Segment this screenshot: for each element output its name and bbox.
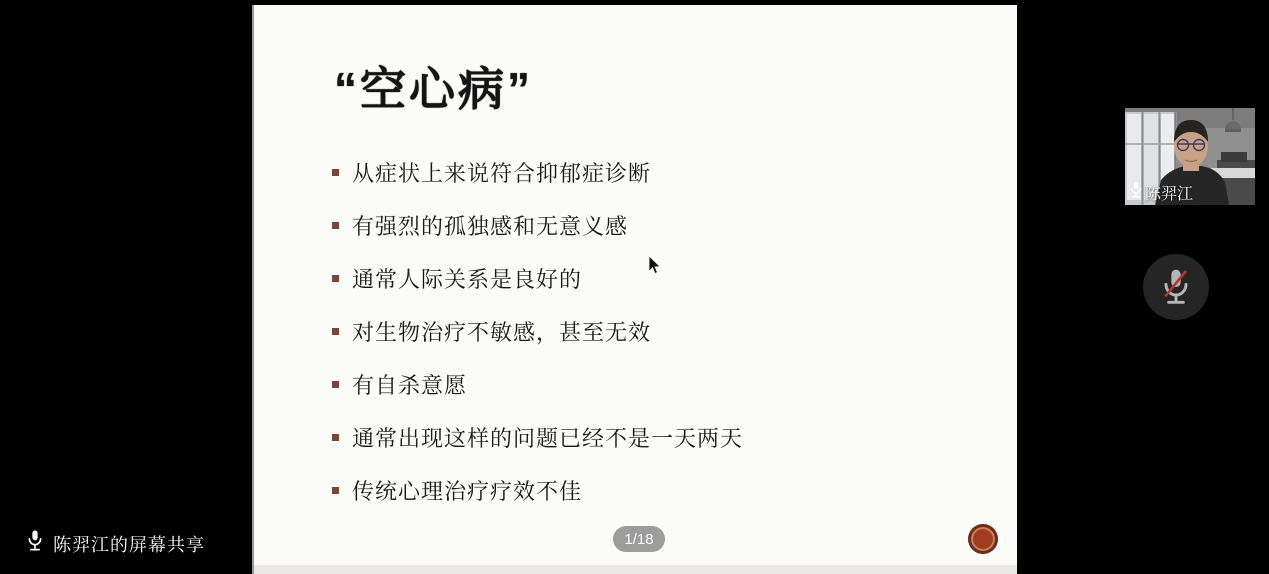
slide-bullet: 通常人际关系是良好的 [332,252,743,305]
screen-share-banner: 陈羿江的屏幕共享 [26,529,205,558]
meeting-window: “空心病” 从症状上来说符合抑郁症诊断 有强烈的孤独感和无意义感 通常人际关系是… [0,0,1269,574]
bullet-square-icon [332,434,339,441]
participant-name-row: 陈羿江 [1129,181,1193,204]
microphone-icon [1129,181,1143,204]
microphone-muted-icon [1159,267,1193,307]
seal-logo-icon [968,524,998,554]
bullet-square-icon [332,275,339,282]
slide-bullet-list: 从症状上来说符合抑郁症诊断 有强烈的孤独感和无意义感 通常人际关系是良好的 对生… [332,146,743,517]
microphone-icon [26,529,44,558]
slide-bullet: 通常出现这样的问题已经不是一天两天 [332,411,743,464]
slide-bottom-strip [254,565,1017,574]
bullet-square-icon [332,222,339,229]
slide-bullet: 对生物治疗不敏感，甚至无效 [332,305,743,358]
bullet-square-icon [332,487,339,494]
shared-slide: “空心病” 从症状上来说符合抑郁症诊断 有强烈的孤独感和无意义感 通常人际关系是… [252,5,1017,574]
mouse-cursor-icon [648,256,662,281]
participant-name: 陈羿江 [1145,181,1193,204]
bullet-square-icon [332,381,339,388]
slide-page-indicator: 1/18 [613,526,665,552]
mute-toggle-button[interactable] [1143,254,1209,320]
slide-title: “空心病” [334,53,533,119]
participant-video-tile[interactable]: 陈羿江 [1125,108,1255,205]
slide-bullet: 有自杀意愿 [332,358,743,411]
slide-bullet: 从症状上来说符合抑郁症诊断 [332,146,743,199]
slide-bullet: 有强烈的孤独感和无意义感 [332,199,743,252]
screen-share-label: 陈羿江的屏幕共享 [53,531,205,557]
slide-bullet: 传统心理治疗疗效不佳 [332,464,743,517]
bullet-square-icon [332,328,339,335]
bullet-square-icon [332,169,339,176]
